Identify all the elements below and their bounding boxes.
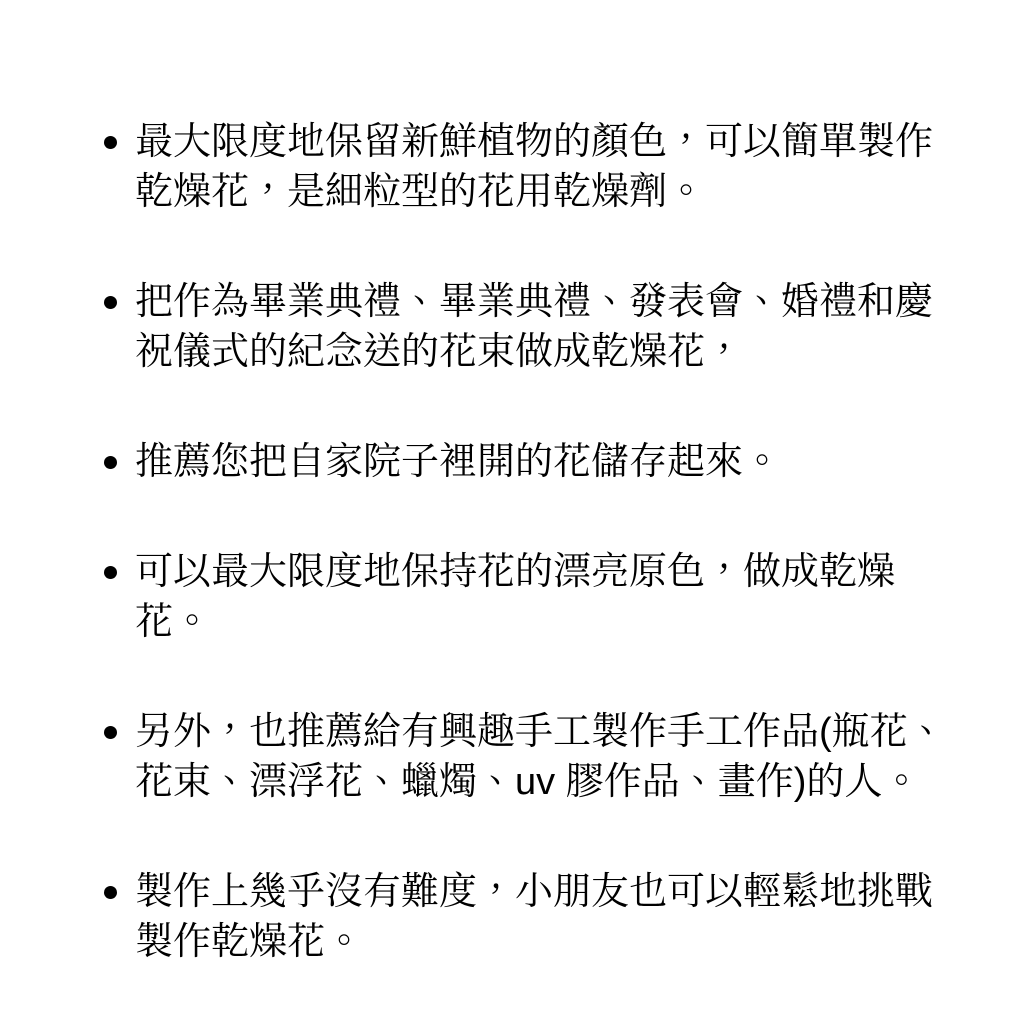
bullet-icon [104,886,117,899]
bullet-icon [104,566,117,579]
document-page: 最大限度地保留新鮮植物的顏色，可以簡單製作乾燥花，是細粒型的花用乾燥劑。 把作為… [0,0,1024,1024]
list-item-text: 可以最大限度地保持花的漂亮原色，做成乾燥花。 [135,551,895,643]
list-item-text: 最大限度地保留新鮮植物的顏色，可以簡單製作乾燥花，是細粒型的花用乾燥劑。 [135,121,933,213]
list-item: 製作上幾乎沒有難度，小朋友也可以輕鬆地挑戰製作乾燥花。 [135,867,947,967]
bullet-icon [104,726,117,739]
bullet-icon [104,136,117,149]
list-item: 可以最大限度地保持花的漂亮原色，做成乾燥花。 [135,547,947,647]
bullet-icon [104,456,117,469]
list-item: 把作為畢業典禮、畢業典禮、發表會、婚禮和慶祝儀式的紀念送的花束做成乾燥花， [135,277,947,377]
list-item-text: 另外，也推薦給有興趣手工製作手工作品(瓶花、花束、漂浮花、蠟燭、uv 膠作品、畫… [135,711,946,803]
list-item-text: 製作上幾乎沒有難度，小朋友也可以輕鬆地挑戰製作乾燥花。 [135,871,933,963]
list-item: 最大限度地保留新鮮植物的顏色，可以簡單製作乾燥花，是細粒型的花用乾燥劑。 [135,117,947,217]
list-item: 另外，也推薦給有興趣手工製作手工作品(瓶花、花束、漂浮花、蠟燭、uv 膠作品、畫… [135,707,947,807]
list-item-text: 把作為畢業典禮、畢業典禮、發表會、婚禮和慶祝儀式的紀念送的花束做成乾燥花， [135,281,933,373]
list-item: 推薦您把自家院子裡開的花儲存起來。 [135,437,947,487]
bullet-icon [104,296,117,309]
list-item-text: 推薦您把自家院子裡開的花儲存起來。 [135,441,781,483]
bullet-list: 最大限度地保留新鮮植物的顏色，可以簡單製作乾燥花，是細粒型的花用乾燥劑。 把作為… [135,117,947,967]
